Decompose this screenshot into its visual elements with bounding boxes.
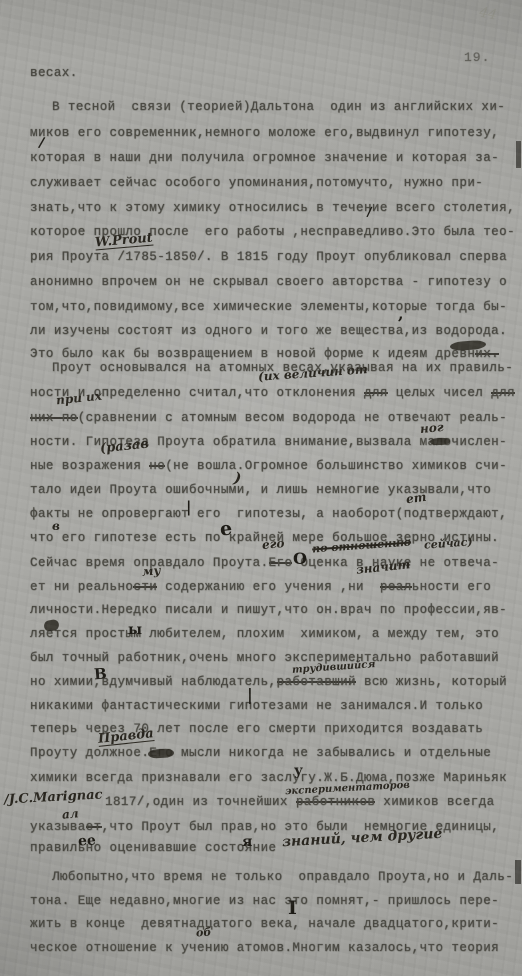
typescript-line: служивает сейчас особого упоминания,пото… <box>30 176 483 190</box>
typescript-line: что его гипотезе есть по крайней мере бо… <box>30 531 499 545</box>
handwritten-note: /J.C.Marignac <box>4 788 103 806</box>
typescript-line: Это было как бы возвращением в новой фор… <box>30 347 499 361</box>
typescript-line: 1817/,один из точнейших работников химик… <box>105 795 495 809</box>
typescript-line: ные возражения но(не вошла.Огромное боль… <box>30 459 507 473</box>
struck-typed-word: но <box>149 459 165 473</box>
typescript-line: весах. <box>30 66 78 80</box>
struck-typed-word: сти <box>133 580 157 594</box>
typescript-line: том,что,повидимому,все химические элемен… <box>30 300 507 314</box>
page-number: 19. <box>464 50 490 65</box>
typescript-line: жить в конце девятнадцатого века, начале… <box>30 917 499 931</box>
typescript-line: тона. Еще недавно,многие из нас это помн… <box>30 894 499 908</box>
typescript-line: Проут основывался на атомных весах,указы… <box>52 361 513 375</box>
typescript-line: которое прошло после его работы ,несправ… <box>30 225 515 239</box>
struck-typed-word: реал <box>380 580 412 594</box>
typescript-line: ческое отношение к учению атомов.Многим … <box>30 941 499 955</box>
struck-typed-word: их. <box>475 347 499 361</box>
typescript-line: факты не опровергают его гипотезы, а нао… <box>30 507 507 521</box>
scan-edge-mark <box>516 141 521 168</box>
struck-typed-word: для <box>491 386 515 400</box>
typescript-line: никакими фантастическими гипотезами не з… <box>30 699 483 713</box>
struck-typed-word: для <box>364 386 388 400</box>
typescript-line: химики всегда признавали его заслугу.Ж.Б… <box>30 771 507 785</box>
typescript-line: был точный работник,очень много эксперим… <box>30 651 499 665</box>
typescript-line: указывает,что Проут был прав,но это были… <box>30 820 499 834</box>
struck-typed-word: Его <box>269 556 293 570</box>
typescript-line: правильно оценивавшие состояние <box>30 841 277 855</box>
scanned-typescript-page: 44 19. весах.В тесной связи (теорией)Дал… <box>0 0 522 976</box>
typescript-line: теперь через 70 лет после его смерти при… <box>30 722 483 736</box>
struck-typed-word: ет <box>86 820 102 834</box>
handwritten-note: ал <box>62 807 80 820</box>
typescript-line: них по(сравнении с атомным весом водород… <box>30 411 507 425</box>
typescript-line: Любопытно,что время не только оправдало … <box>52 870 513 884</box>
typescript-line: миков его современник,немного моложе его… <box>30 126 499 140</box>
typescript-line: ли изучены состоят из одного и того же в… <box>30 324 507 338</box>
typescript-line: личности.Нередко писали и пишут,что он.в… <box>30 603 507 617</box>
typescript-line: В тесной связи (теорией)Дальтона один из… <box>52 100 505 114</box>
typescript-line: Сейчас время оправдало Проута.Его Оценка… <box>30 556 499 570</box>
typescript-line: но химии,вдумчивый наблюдатель,работавши… <box>30 675 507 689</box>
typescript-line: тало идеи Проута ошибочными, и лишь немн… <box>30 483 491 497</box>
typescript-line: которая в наши дни получила огромное зна… <box>30 151 499 165</box>
typescript-line: Проуту должное.Его мысли никогда не забы… <box>30 746 491 760</box>
typescript-line: знать,что к этому химику относились в те… <box>30 201 515 215</box>
typescript-line: ет ни реальности содержанию его учения ,… <box>30 580 491 594</box>
typescript-line: ляется простым любителем, плохим химиком… <box>30 627 499 641</box>
struck-typed-word: них по <box>30 411 78 425</box>
typescript-line: анонимно впрочем он не скрывал своего ав… <box>30 275 507 289</box>
struck-typed-word: работников <box>296 795 376 809</box>
typescript-line: рия Проута /1785-1850/. В 1815 году Проу… <box>30 250 507 264</box>
struck-typed-word: работавший <box>277 675 357 689</box>
handwritten-corner-number: 44 <box>478 5 498 24</box>
typescript-line: ности и определенно считал,что отклонени… <box>30 386 515 400</box>
scan-edge-mark <box>515 860 521 884</box>
